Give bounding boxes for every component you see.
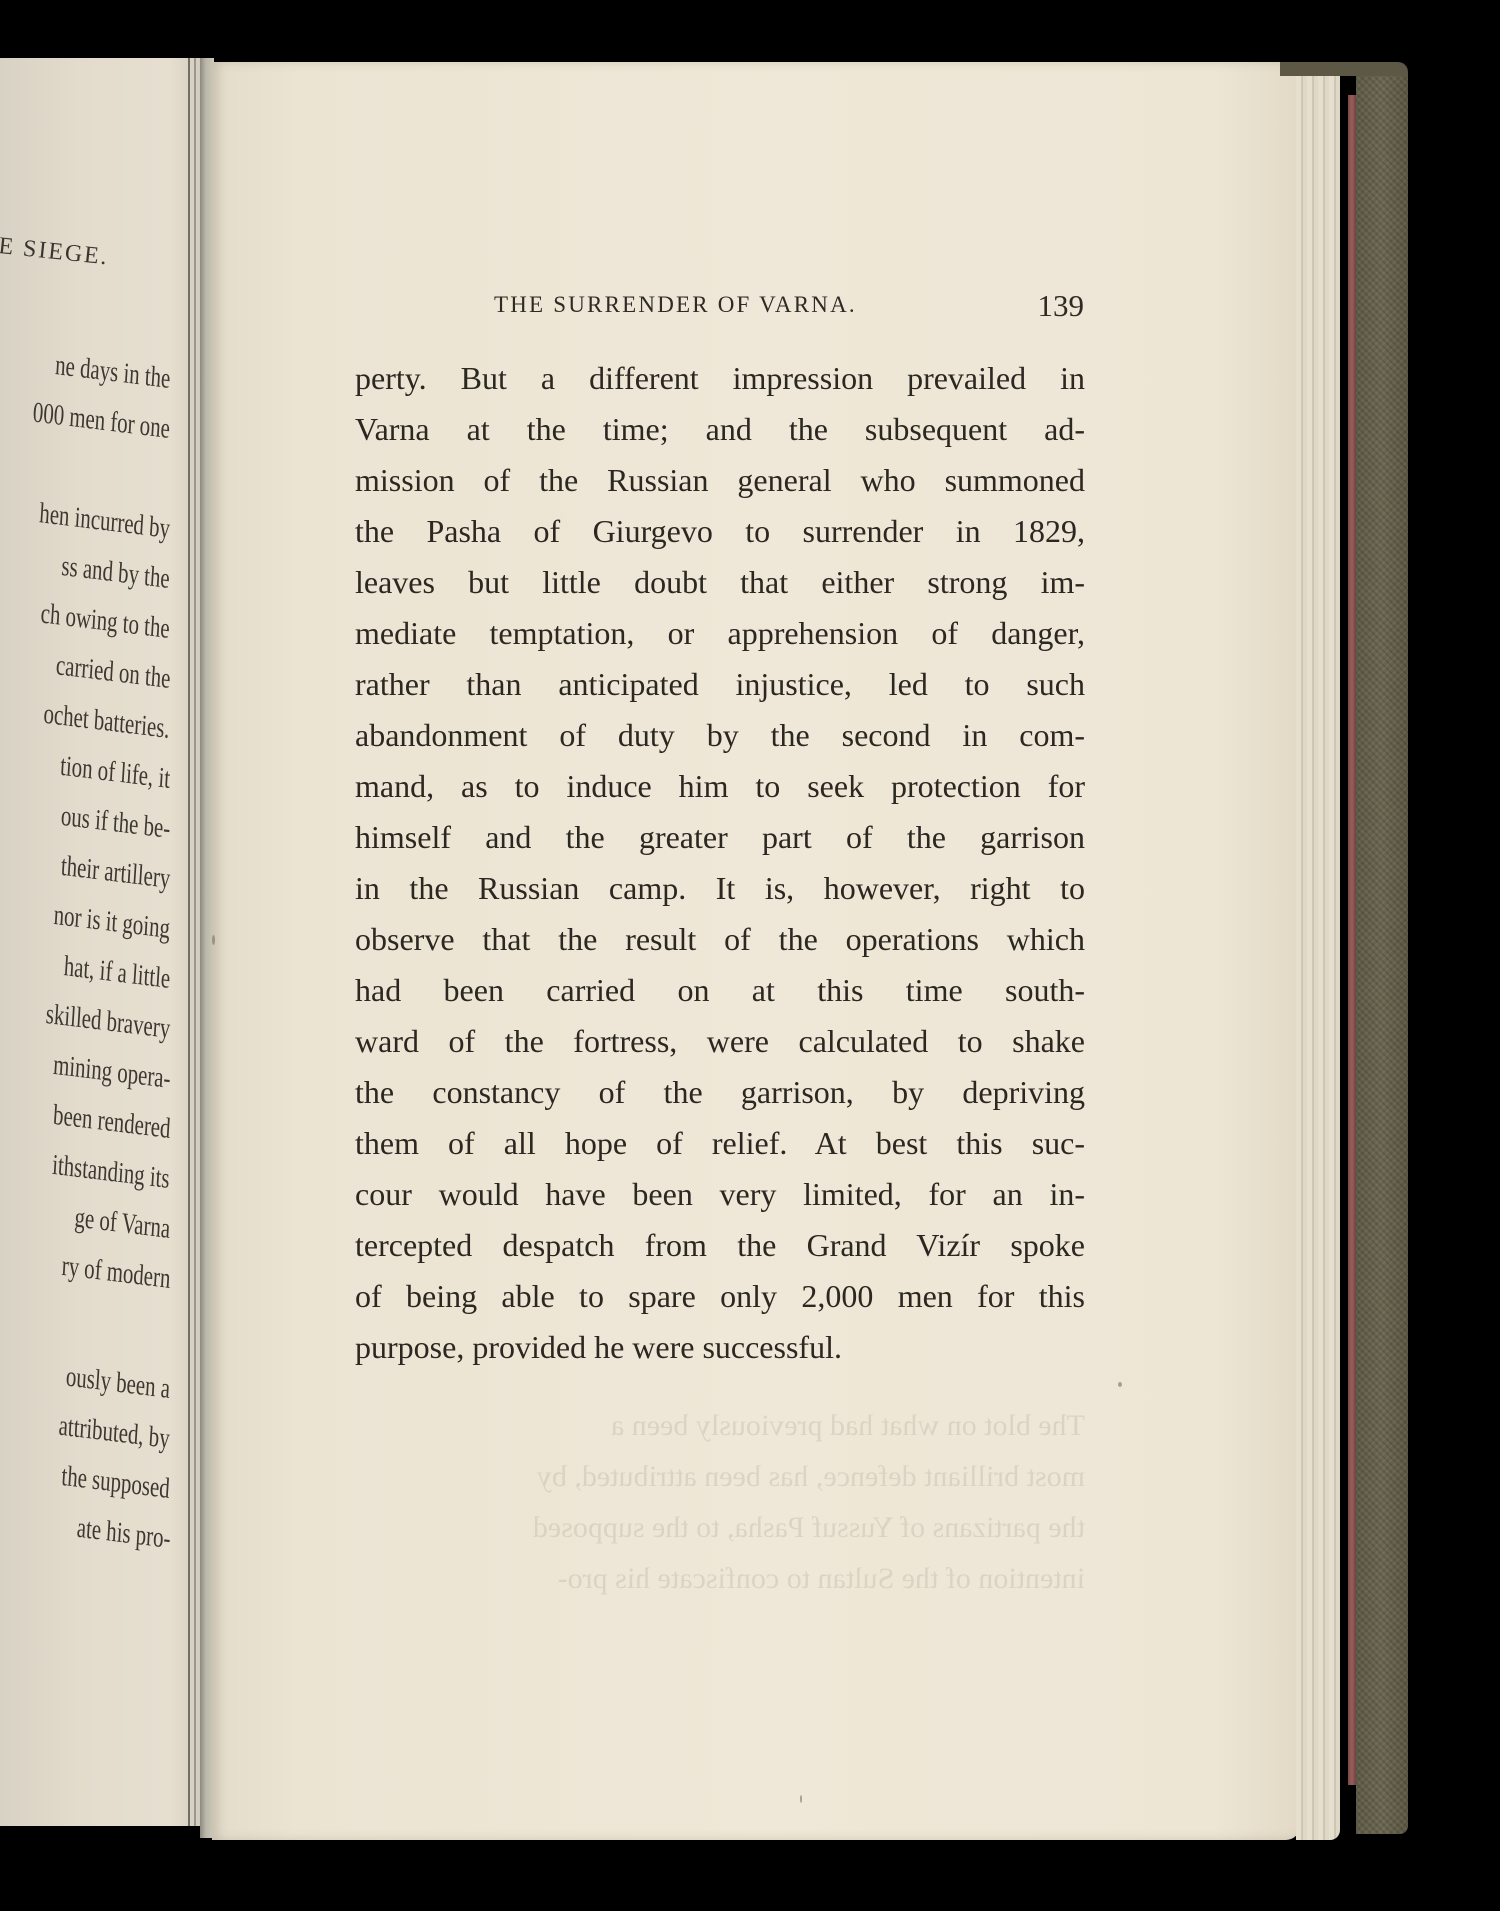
- left-running-head: E SIEGE.: [0, 233, 110, 271]
- left-text-line: ry of modern: [60, 1250, 171, 1296]
- text-line: ward of the fortress, were calculated to…: [355, 1021, 1085, 1061]
- text-line: observe that the result of the operation…: [355, 919, 1085, 959]
- left-text-line: ous if the be-: [60, 800, 171, 846]
- cloth-cover: [1356, 66, 1408, 1834]
- left-text-line: 000 men for one: [32, 396, 171, 446]
- text-line: the constancy of the garrison, by depriv…: [355, 1072, 1085, 1112]
- page-number: 139: [1038, 288, 1085, 324]
- left-text-line: ochet batteries.: [43, 698, 171, 746]
- text-line: Varna at the time; and the subsequent ad…: [355, 409, 1085, 449]
- left-text-line: ge of Varna: [73, 1201, 171, 1245]
- left-text-line: ate his pro-: [75, 1512, 171, 1556]
- left-text-line: hat, if a little: [63, 950, 171, 996]
- left-text-line: their artillery: [60, 850, 171, 896]
- text-line: leaves but little doubt that either stro…: [355, 562, 1085, 602]
- left-text-line: tion of life, it: [59, 750, 171, 796]
- show-through-text: The blot on what had previously been a m…: [355, 1400, 1085, 1604]
- text-line: mission of the Russian general who summo…: [355, 460, 1085, 500]
- paper-speck: [212, 935, 215, 945]
- text-line: mediate temptation, or apprehension of d…: [355, 613, 1085, 653]
- text-line: them of all hope of relief. At best this…: [355, 1123, 1085, 1163]
- left-text-line: ithstanding its: [52, 1149, 171, 1196]
- page-block-edges: [1296, 70, 1340, 1840]
- text-line: purpose, provided he were successful.: [355, 1327, 1085, 1367]
- red-page-edge: [1348, 95, 1356, 1785]
- left-text-line: hen incurred by: [38, 497, 171, 546]
- text-line: perty. But a different impression prevai…: [355, 358, 1085, 398]
- text-line: the Pasha of Giurgevo to surrender in 18…: [355, 511, 1085, 551]
- text-line: of being able to spare only 2,000 men fo…: [355, 1276, 1085, 1316]
- left-text-line: mining opera-: [52, 1049, 171, 1096]
- left-text-line: ously been a: [65, 1360, 171, 1406]
- left-text-line: the supposed: [61, 1460, 171, 1506]
- left-text-line: ss and by the: [61, 550, 171, 596]
- left-text-line: ne days in the: [54, 349, 171, 396]
- text-line: cour would have been very limited, for a…: [355, 1174, 1085, 1214]
- gutter-line: [188, 58, 190, 1826]
- paper-speck: [1118, 1382, 1122, 1387]
- left-text-line: been rendered: [52, 1099, 171, 1146]
- chapter-title: THE SURRENDER OF VARNA.: [494, 292, 857, 318]
- cloth-cover-top: [1280, 62, 1408, 76]
- running-head: THE SURRENDER OF VARNA. 139: [494, 288, 1084, 328]
- left-text-line: attributed, by: [58, 1410, 171, 1456]
- text-line: in the Russian camp. It is, however, rig…: [355, 868, 1085, 908]
- left-page-fragment: E SIEGE. ne days in the000 men for onehe…: [0, 58, 200, 1826]
- text-line: abandonment of duty by the second in com…: [355, 715, 1085, 755]
- left-text-line: carried on the: [55, 649, 171, 696]
- left-text-line: ch owing to the: [40, 597, 171, 646]
- left-text-line: skilled bravery: [45, 998, 171, 1046]
- text-line: rather than anticipated injustice, led t…: [355, 664, 1085, 704]
- left-text-line: nor is it going: [53, 899, 171, 946]
- paper-speck: [800, 1795, 802, 1803]
- text-line: himself and the greater part of the garr…: [355, 817, 1085, 857]
- text-line: mand, as to induce him to seek protectio…: [355, 766, 1085, 806]
- gutter-line: [194, 58, 196, 1826]
- text-line: tercepted despatch from the Grand Vizír …: [355, 1225, 1085, 1265]
- text-line: had been carried on at this time south-: [355, 970, 1085, 1010]
